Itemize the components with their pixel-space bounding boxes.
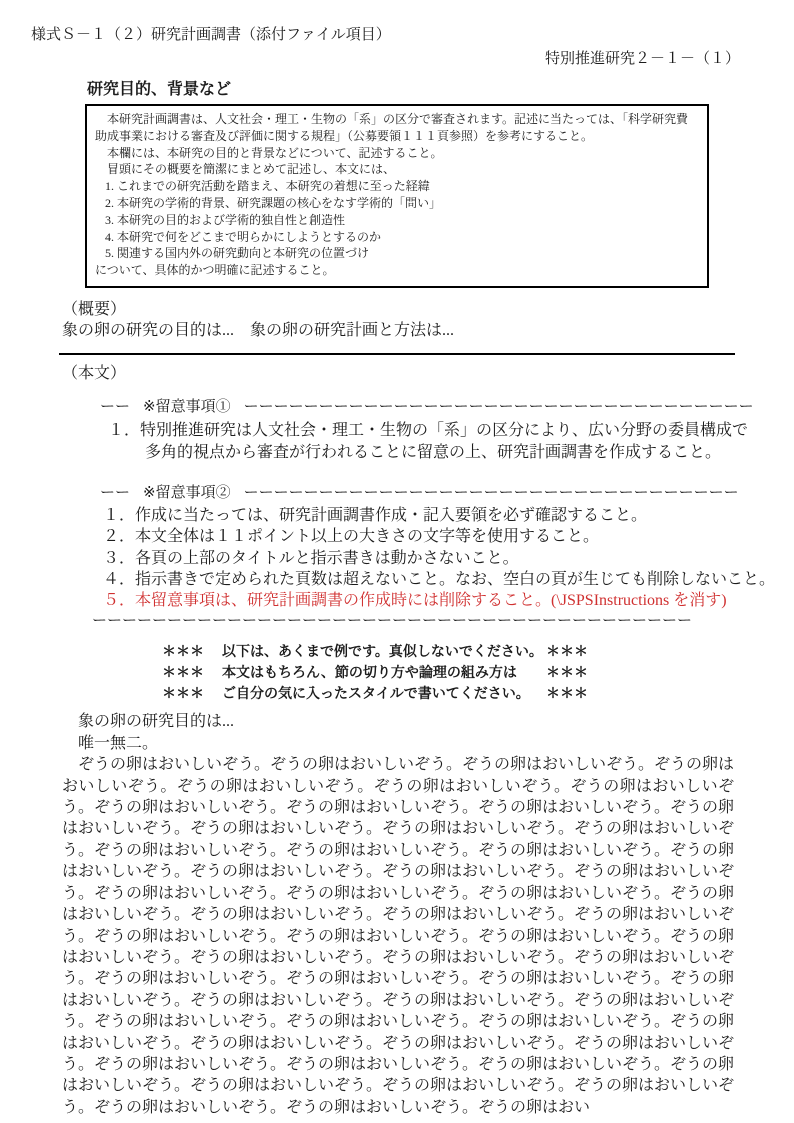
- example-note-row: ＊＊＊ 以下は、あくまで例です。真似しないでください。 ＊＊＊: [162, 641, 794, 662]
- note1-item: １．特別推進研究は人文社会・理工・生物の「系」の区分により、広い分野の委員構成で…: [108, 420, 759, 464]
- note2-item-list: １．作成に当たっては、研究計画調書作成・記入要領を必ず確認すること。 ２．本文全…: [0, 505, 794, 611]
- instruction-box: 本研究計画調書は、人文社会・理工・生物の「系」の区分で審査されます。記述に当たっ…: [85, 104, 709, 288]
- note2-item: ２．本文全体は１１ポイント以上の大きさの文字等を使用すること。: [103, 526, 794, 547]
- note1-title: ※留意事項①: [143, 399, 231, 415]
- instruction-list-item: 2. 本研究の学術的背景、研究課題の核心をなす学術的「問い」: [105, 195, 699, 212]
- main-label: （本文）: [62, 363, 794, 384]
- note2-item: １．作成に当たっては、研究計画調書作成・記入要領を必ず確認すること。: [103, 505, 794, 526]
- instruction-closing: について、具体的かつ明確に記述すること。: [95, 262, 699, 279]
- instruction-list-item: 3. 本研究の目的および学術的独自性と創造性: [105, 212, 699, 229]
- example-note-row: ＊＊＊ 本文はもちろん、節の切り方や論理の組み方は ＊＊＊: [162, 662, 794, 683]
- section-title: 研究目的、背景など: [87, 80, 794, 100]
- example-note-text: ご自分の気に入ったスタイルで書いてください。: [222, 683, 546, 704]
- body-uniqueness: 唯一無二。: [62, 733, 734, 754]
- note2-item: ４．指示書きで定められた頁数は超えないこと。なお、空白の頁が生じても削除しないこ…: [103, 569, 794, 590]
- body-intro: 象の卵の研究目的は...: [62, 711, 734, 732]
- asterisks: ＊＊＊: [546, 683, 588, 704]
- instruction-paragraph: 本研究計画調書は、人文社会・理工・生物の「系」の区分で審査されます。記述に当たっ…: [95, 111, 699, 145]
- asterisks: ＊＊＊: [546, 641, 588, 662]
- document-page: 様式Ｓ－１（２）研究計画調書（添付ファイル項目） 特別推進研究２－１－（１） 研…: [0, 0, 794, 1123]
- summary-label: （概要）: [62, 299, 794, 320]
- dash-prefix: ーー: [100, 485, 130, 501]
- instruction-paragraph: 本欄には、本研究の目的と背景などについて、記述すること。: [95, 145, 699, 162]
- dashed-separator: ーーーーーーーーーーーーーーーーーーーーーーーーーーーーーーーーーーーーーーーー: [92, 611, 732, 631]
- example-note-row: ＊＊＊ ご自分の気に入ったスタイルで書いてください。 ＊＊＊: [162, 683, 794, 704]
- note2-item: ３．各頁の上部のタイトルと指示書きは動かさないこと。: [103, 548, 794, 569]
- instruction-list-item: 4. 本研究で何をどこまで明らかにしようとするのか: [105, 229, 699, 246]
- instruction-list-item: 5. 関連する国内外の研究動向と本研究の位置づけ: [105, 245, 699, 262]
- instruction-list-item: 1. これまでの研究活動を踏まえ、本研究の着想に至った経緯: [105, 178, 699, 195]
- asterisks: ＊＊＊: [546, 662, 588, 683]
- body-section: 象の卵の研究目的は... 唯一無二。 ぞうの卵はおいしいぞう。ぞうの卵はおいしい…: [0, 711, 794, 1118]
- example-note-text: 本文はもちろん、節の切り方や論理の組み方は: [222, 662, 546, 683]
- dash-fill: ーーーーーーーーーーーーーーーーーーーーーーーーーーーーーーーーー: [244, 485, 739, 501]
- note2-title: ※留意事項②: [143, 485, 231, 501]
- summary-text: 象の卵の研究の目的は... 象の卵の研究計画と方法は...: [62, 320, 794, 341]
- instruction-paragraph: 冒頭にその概要を簡潔にまとめて記述し、本文には、: [95, 161, 699, 178]
- section-divider: [59, 353, 735, 355]
- form-label: 様式Ｓ－１（２）研究計画調書（添付ファイル項目）: [31, 0, 794, 45]
- body-paragraph: ぞうの卵はおいしいぞう。ぞうの卵はおいしいぞう。ぞうの卵はおいしいぞう。ぞうの卵…: [62, 754, 734, 1118]
- asterisks: ＊＊＊: [162, 641, 204, 662]
- asterisks: ＊＊＊: [162, 662, 204, 683]
- example-note: ＊＊＊ 以下は、あくまで例です。真似しないでください。 ＊＊＊ ＊＊＊ 本文はも…: [0, 641, 794, 704]
- asterisks: ＊＊＊: [162, 683, 204, 704]
- dash-prefix: ーー: [100, 399, 130, 415]
- dash-fill: ーーーーーーーーーーーーーーーーーーーーーーーーーーーーーーーーーー: [244, 399, 754, 415]
- doc-code: 特別推進研究２－１－（１）: [0, 50, 740, 69]
- note2-item-delete-warning: ５．本留意事項は、研究計画調書の作成時には削除すること。(\JSPSInstru…: [103, 590, 794, 611]
- note2-header: ーー※留意事項②ーーーーーーーーーーーーーーーーーーーーーーーーーーーーーーーー…: [100, 483, 756, 503]
- example-note-text: 以下は、あくまで例です。真似しないでください。: [222, 641, 546, 662]
- note1-header: ーー※留意事項①ーーーーーーーーーーーーーーーーーーーーーーーーーーーーーーーー…: [100, 397, 756, 417]
